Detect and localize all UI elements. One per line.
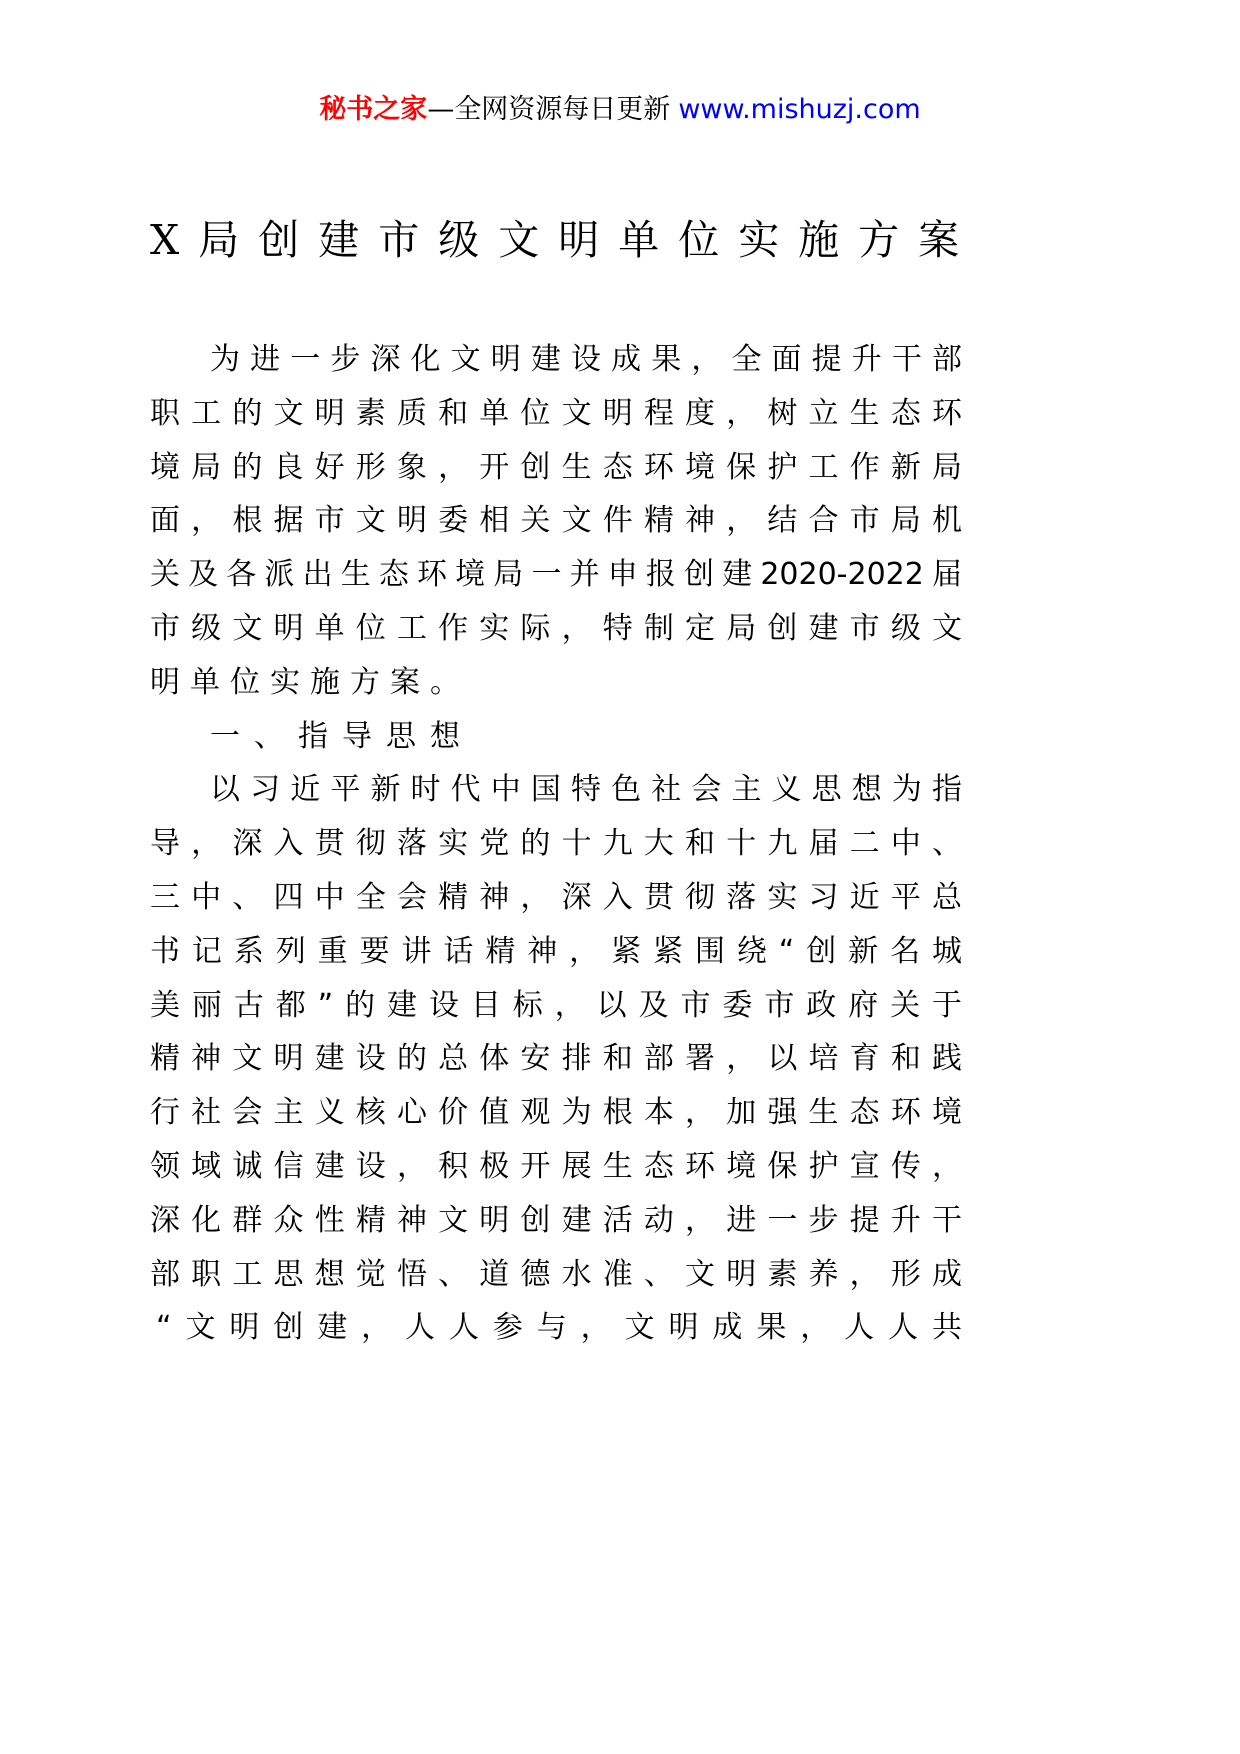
paragraph-line: 精神文明建设的总体安排和部署，以培育和践 (150, 1032, 962, 1086)
paragraph-line: 三中、四中全会精神，深入贯彻落实习近平总 (150, 871, 962, 925)
paragraph-line: 行社会主义核心价值观为根本，加强生态环境 (150, 1086, 962, 1140)
paragraph-line: 美丽古都”的建设目标，以及市委市政府关于 (150, 979, 962, 1033)
banner-url-link[interactable]: www.mishuzj.com (678, 94, 920, 125)
brand-name: 秘书之家 (319, 94, 427, 125)
document-body: 为进一步深化文明建设成果，全面提升干部 职工的文明素质和单位文明程度，树立生态环… (150, 333, 962, 1355)
paragraph-line: 关及各派出生态环境局一并申报创建2020-2022届 (150, 548, 962, 602)
paragraph-line: 职工的文明素质和单位文明程度，树立生态环 (150, 387, 962, 441)
paragraph-line: 部职工思想觉悟、道德水准、文明素养，形成 (150, 1248, 962, 1302)
paragraph-line: 明单位实施方案。 (150, 656, 962, 710)
document-title: X局创建市级文明单位实施方案 (150, 212, 970, 268)
banner-slogan: —全网资源每日更新 (427, 94, 670, 125)
paragraph-line: 境局的良好形象，开创生态环境保护工作新局 (150, 441, 962, 495)
paragraph-line: “文明创建，人人参与，文明成果，人人共 (150, 1301, 962, 1355)
paragraph-line: 面，根据市文明委相关文件精神，结合市局机 (150, 494, 962, 548)
site-banner: 秘书之家—全网资源每日更新www.mishuzj.com (0, 92, 1240, 128)
paragraph-line: 市级文明单位工作实际，特制定局创建市级文 (150, 602, 962, 656)
paragraph-line: 导，深入贯彻落实党的十九大和十九届二中、 (150, 817, 962, 871)
paragraph-line: 以习近平新时代中国特色社会主义思想为指 (150, 763, 962, 817)
paragraph-line: 深化群众性精神文明创建活动，进一步提升干 (150, 1194, 962, 1248)
section-heading: 一、指导思想 (150, 710, 962, 764)
paragraph-line: 为进一步深化文明建设成果，全面提升干部 (150, 333, 962, 387)
paragraph-line: 领域诚信建设，积极开展生态环境保护宣传， (150, 1140, 962, 1194)
paragraph-line: 书记系列重要讲话精神，紧紧围绕“创新名城 (150, 925, 962, 979)
